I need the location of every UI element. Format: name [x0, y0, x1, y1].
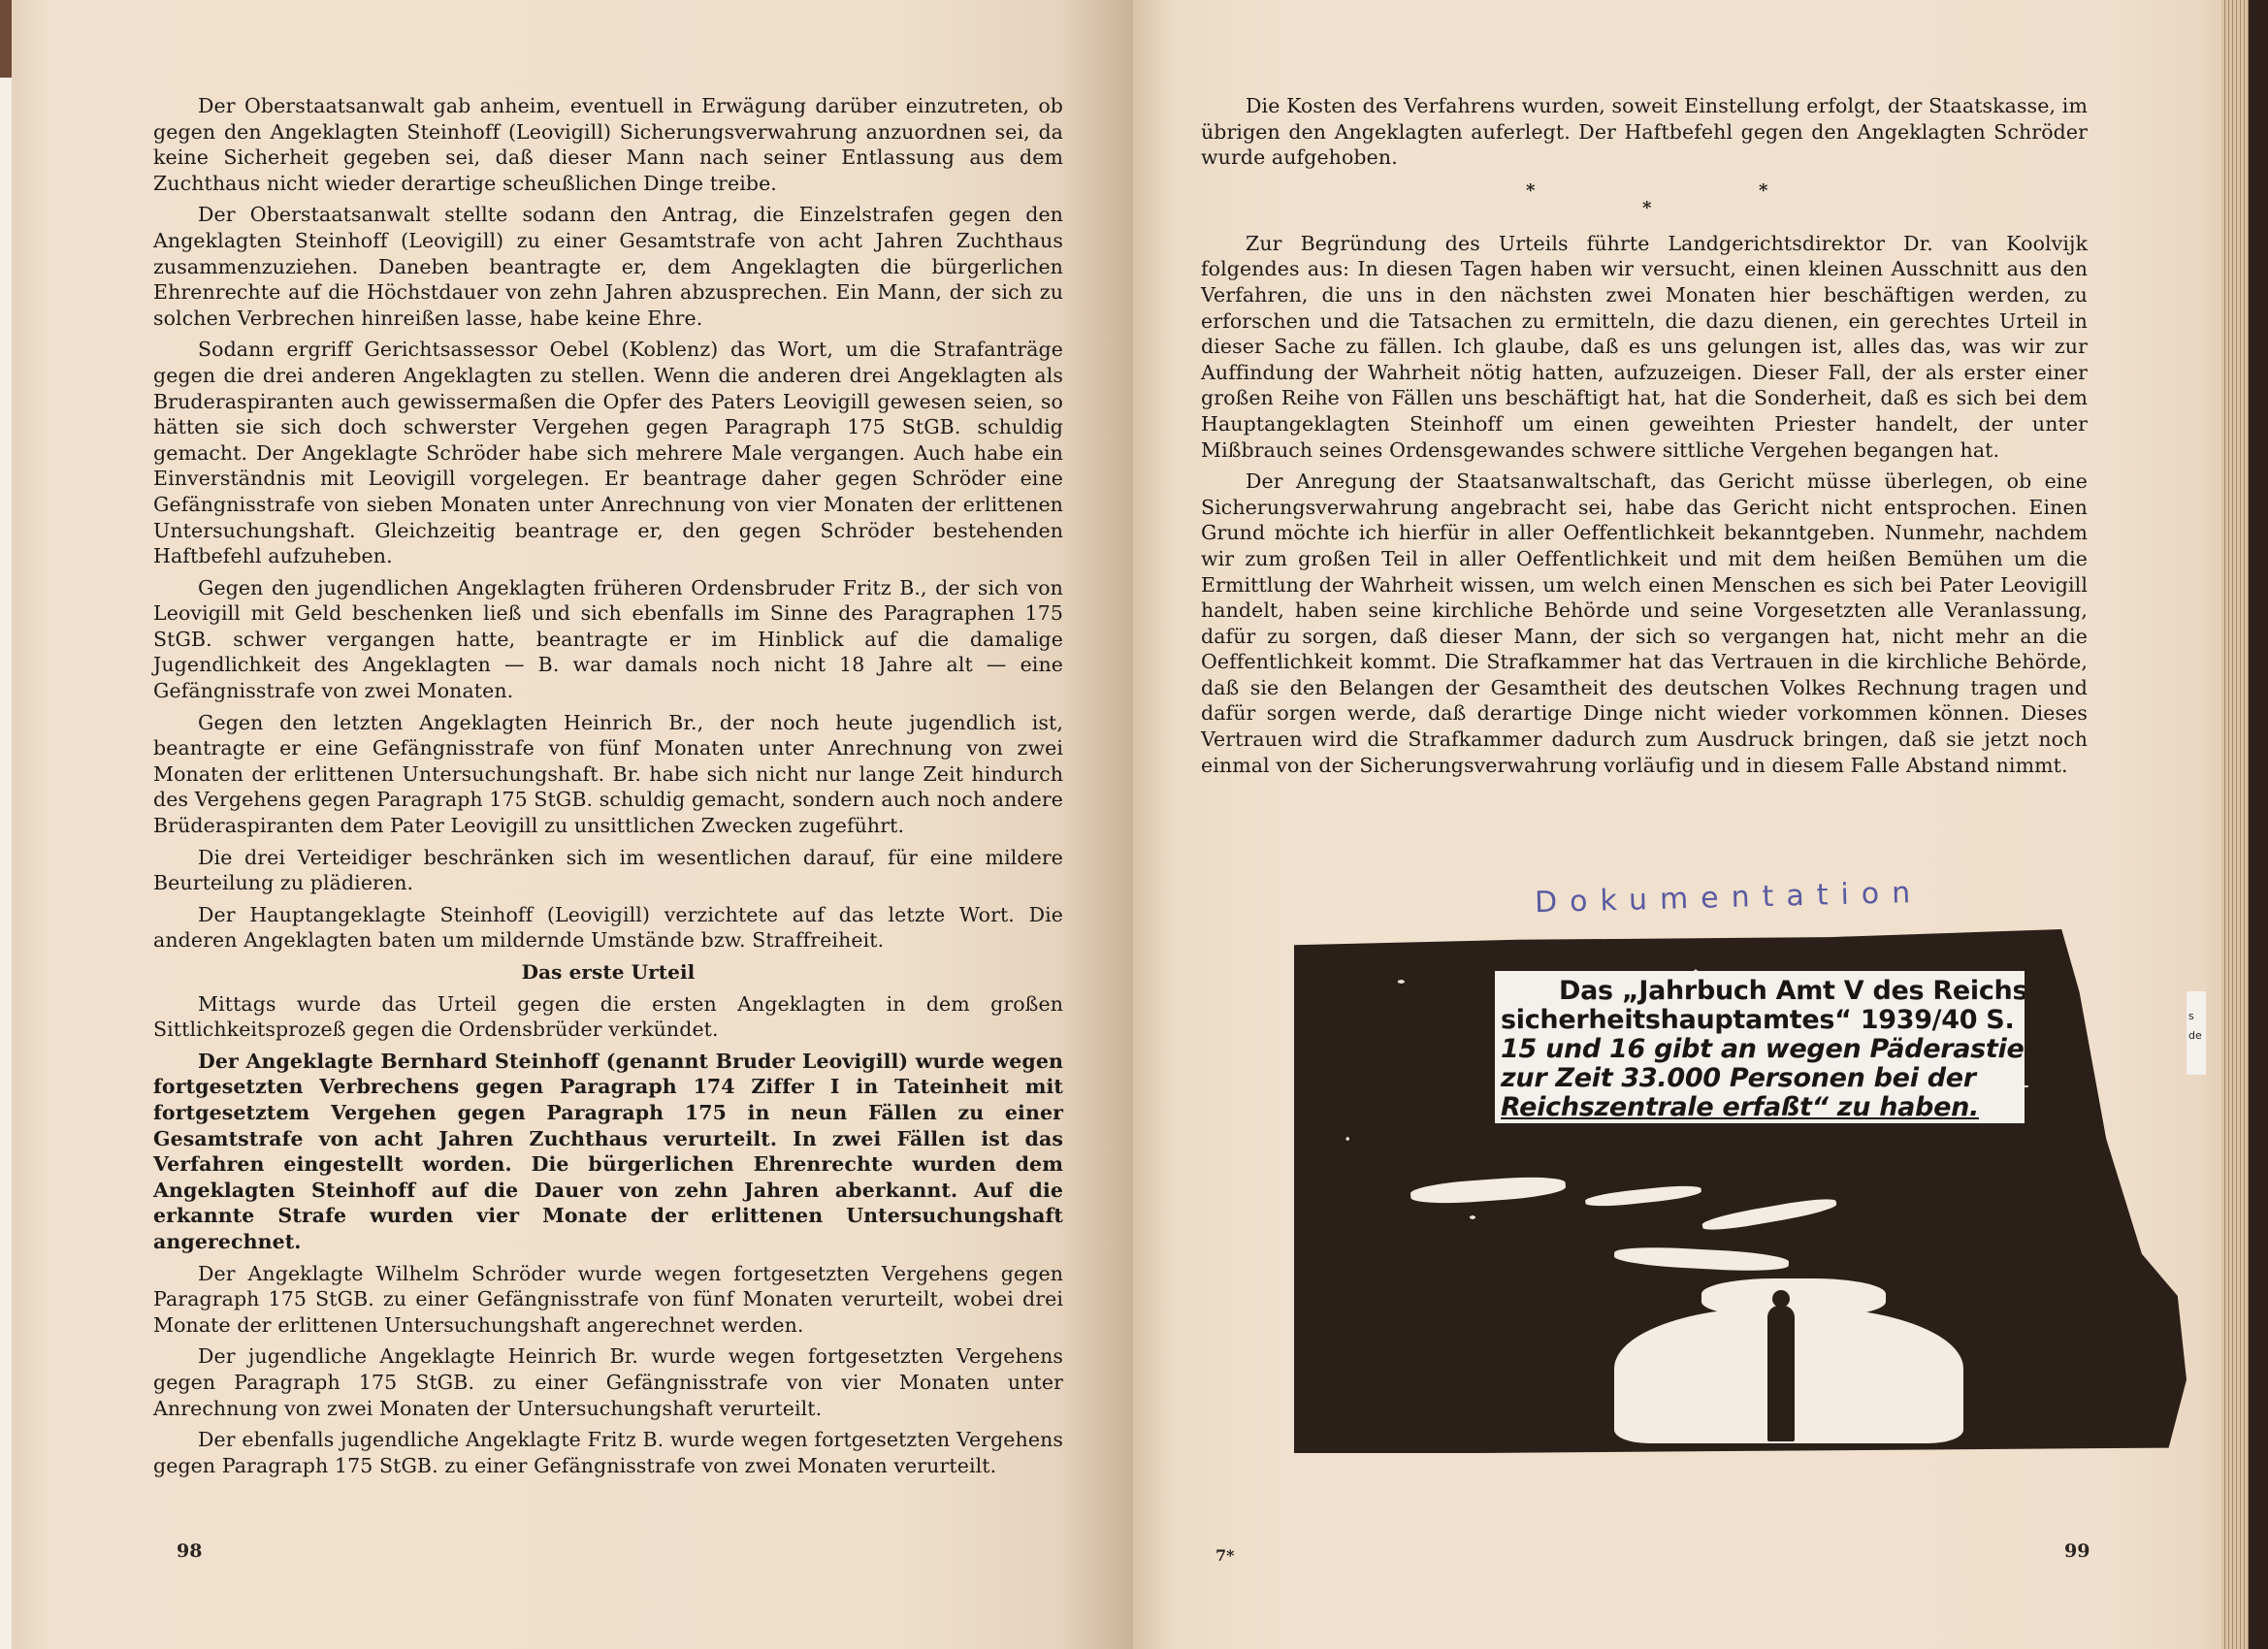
fragment-text: de: [2188, 1026, 2206, 1046]
paragraph: Der jugendliche Angeklagte Heinrich Br. …: [153, 1343, 1063, 1421]
clipping-side-fragment: s de: [2187, 991, 2206, 1075]
caption-line: sicherheitshauptamtes“ 1939/40 S.: [1501, 1006, 2015, 1035]
paragraph: Der Oberstaatsanwalt stellte sodann den …: [153, 202, 1063, 331]
right-page-body: Die Kosten des Verfahrens wurden, soweit…: [1201, 93, 2088, 784]
paragraph: Der Angeklagte Wilhelm Schröder wurde we…: [153, 1261, 1063, 1339]
section-separator: * * *: [1201, 177, 2088, 225]
signature-mark: 7*: [1215, 1546, 1235, 1565]
paragraph: Sodann ergriff Gerichtsassessor Oebel (K…: [153, 337, 1063, 568]
paragraph: Gegen den letzten Angeklagten Heinrich B…: [153, 710, 1063, 839]
clipping-caption: Das „Jahrbuch Amt V des Reichs- sicherhe…: [1495, 971, 2025, 1123]
caption-line: Das „Jahrbuch Amt V des Reichs-: [1501, 977, 2015, 1006]
section-heading: Das erste Urteil: [153, 959, 1063, 986]
paragraph: Mittags wurde das Urteil gegen die erste…: [153, 991, 1063, 1043]
asterisk: *: [1759, 178, 1768, 205]
page-edges: [2221, 0, 2249, 1649]
asterisk: *: [1642, 196, 1652, 222]
asterisk: *: [1526, 178, 1536, 205]
child-figure: [1767, 1306, 1795, 1441]
caption-line: 15 und 16 gibt an wegen Päderastie: [1501, 1035, 2015, 1064]
page-number-right: 99: [2064, 1540, 2090, 1562]
paragraph: Der ebenfalls jugendliche Angeklagte Fri…: [153, 1427, 1063, 1478]
paragraph: Der Anregung der Staatsanwaltschaft, das…: [1201, 469, 2088, 778]
paragraph: Der Oberstaatsanwalt gab anheim, eventue…: [153, 93, 1063, 196]
paragraph: Die Kosten des Verfahrens wurden, soweit…: [1201, 93, 2088, 171]
page-number-left: 98: [177, 1540, 202, 1562]
paragraph: Die drei Verteidiger beschränken sich im…: [153, 845, 1063, 896]
book-cover-edge: [2249, 0, 2268, 1649]
caption-line: Reichszentrale erfaßt“ zu haben.: [1501, 1093, 2015, 1122]
left-page-body: Der Oberstaatsanwalt gab anheim, eventue…: [153, 93, 1063, 1484]
fragment-text: s: [2188, 1007, 2206, 1026]
paragraph: Zur Begründung des Urteils führte Landge…: [1201, 231, 2088, 463]
paragraph: Gegen den jugendlichen Angeklagten frühe…: [153, 575, 1063, 704]
caption-line: zur Zeit 33.000 Personen bei der: [1501, 1064, 2015, 1093]
verdict-paragraph: Der Angeklagte Bernhard Steinhoff (genan…: [153, 1049, 1063, 1255]
paragraph: Der Hauptangeklagte Steinhoff (Leovigill…: [153, 902, 1063, 954]
